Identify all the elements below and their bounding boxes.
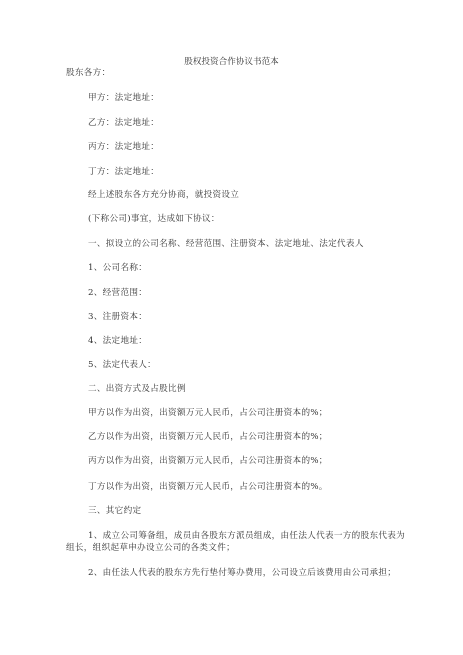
section-2-item: 乙方以作为出资，出资额万元人民币，占公司注册资本的%； — [88, 432, 328, 443]
party-bing: 丙方：法定地址： — [88, 142, 159, 153]
section-2-heading: 二、出资方式及占股比例 — [88, 384, 186, 395]
section-1-item: 4、法定地址： — [88, 336, 147, 347]
section-1-heading: 一、拟设立的公司名称、经营范围、注册资本、法定地址、法定代表人 — [88, 239, 364, 250]
party-yi: 乙方：法定地址： — [88, 118, 159, 129]
party-ding: 丁方：法定地址： — [88, 167, 159, 178]
intro-line-1: 经上述股东各方充分协商，就投资设立 — [88, 190, 239, 201]
section-3-item: 1、成立公司筹备组，成员由各股东方派员组成，由任法人代表一方的股东代表为组长，组… — [66, 530, 411, 554]
party-jia: 甲方：法定地址： — [88, 93, 159, 104]
section-2-item: 丙方以作为出资，出资额万元人民币，占公司注册资本的%； — [88, 456, 328, 467]
section-1-item: 1、公司名称： — [88, 263, 147, 274]
section-3-heading: 三、其它约定 — [88, 506, 141, 517]
section-1-item: 5、法定代表人： — [88, 360, 156, 371]
section-3-item: 2、由任法人代表的股东方先行垫付筹办费用，公司设立后该费用由公司承担； — [66, 567, 411, 579]
section-1-item: 3、注册资本： — [88, 312, 147, 323]
section-1-item: 2、经营范围： — [88, 288, 147, 299]
document-title: 股权投资合作协议书范本 — [0, 57, 463, 68]
document-page: 股权投资合作协议书范本 股东各方： 甲方：法定地址： 乙方：法定地址： 丙方：法… — [0, 0, 463, 655]
intro-line-2: (下称公司)事宜，达成如下协议： — [88, 214, 220, 225]
section-2-item: 甲方以作为出资，出资额万元人民币，占公司注册资本的%； — [88, 408, 328, 419]
section-2-item: 丁方以作为出资，出资额万元人民币，占公司注册资本的%。 — [88, 482, 328, 493]
shareholders-heading: 股东各方： — [66, 68, 110, 79]
